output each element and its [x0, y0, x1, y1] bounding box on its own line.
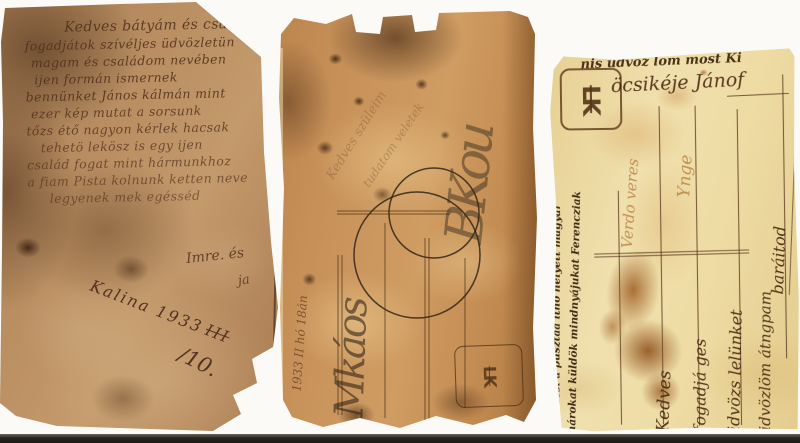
scrawled-signature: Mkáos: [326, 207, 379, 418]
signature-suffix: ja: [237, 272, 251, 288]
publisher-monogram-icon: LK: [479, 366, 500, 387]
vertical-script-word: Kedves: [653, 338, 677, 433]
date-day: /10.: [175, 342, 222, 381]
margin-note: un bácsi a pusztaa itho helyett magyar: [550, 152, 563, 432]
left-postcard: Kedves bátyám és csa fogadjátok szívélje…: [0, 2, 279, 433]
publisher-monogram-icon: LK: [577, 85, 605, 113]
date-place-line: Kalina 1933III: [88, 276, 233, 347]
signature-name: Imre. és: [185, 245, 245, 267]
middle-postcard: 1933 II hó 18án Kedves szüleim tudatom v…: [278, 8, 539, 432]
printed-divider-line: [727, 93, 789, 96]
vertical-script-word: fogadjá ges: [690, 276, 710, 432]
postcard-scan: Kedves bátyám és csa fogadjátok szívélje…: [0, 0, 800, 443]
stamp-box: LK: [454, 344, 524, 408]
handwriting-line: legyenek mek egésséd: [50, 185, 266, 207]
date-place: Kalina 1933: [88, 276, 206, 337]
right-postcard: LK nis udvoz lom most Ki öcsikéje Jánof …: [546, 48, 800, 434]
left-postcard-message: Kedves bátyám és csa fogadjátok szívélje…: [24, 16, 266, 208]
date-month: III: [203, 320, 233, 347]
scan-edge-strip: [0, 434, 800, 443]
torn-edge-shadow: [272, 167, 278, 417]
